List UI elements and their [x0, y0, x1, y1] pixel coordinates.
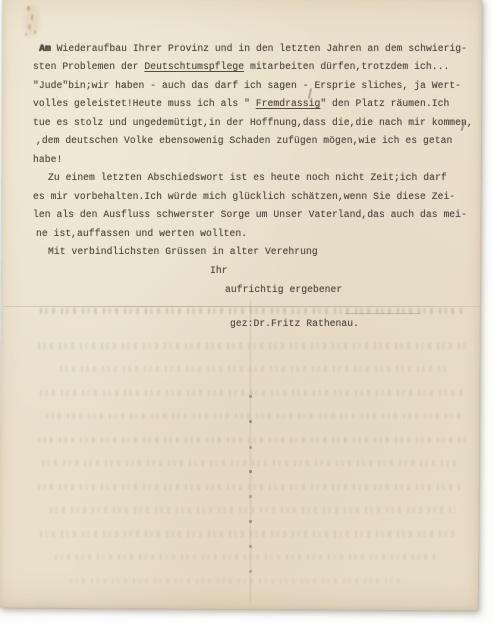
line-segment: sten Problemen der: [33, 61, 144, 72]
bleed-through-text-row: [40, 390, 465, 396]
line-segment: " den Platz räumen.Ich: [320, 98, 449, 109]
line-segment: Am: [39, 43, 51, 54]
bleed-through-text-row: [50, 507, 455, 513]
letter-line: sten Problemen der Deutschtumspflege mit…: [33, 61, 449, 72]
letter-line: Ihr: [210, 265, 228, 276]
letter-line: habe!: [33, 154, 62, 165]
fold-crease-dot: [249, 570, 252, 573]
line-segment: "Jude"bin;wir haben - auch das darf ich …: [33, 80, 461, 91]
horizontal-fold-crease: [3, 306, 480, 307]
fold-crease-dot: [249, 545, 252, 548]
bleed-through-underline: [345, 313, 420, 314]
line-segment: es mir vorbehalten.Ich würde mich glückl…: [33, 191, 455, 202]
foxing-stain: [27, 6, 30, 11]
line-segment: Wiederaufbau Ihrer Provinz und in den le…: [51, 43, 467, 54]
bleed-through-text-row: [70, 578, 400, 584]
letter-line: aufrichtig ergebener: [225, 284, 342, 295]
letter-line: volles geleistet!Heute muss ich als " Fr…: [33, 98, 449, 109]
bleed-through-text-row: [60, 366, 450, 372]
line-segment: mitarbeiten dürfen,trotzdem ich...: [244, 61, 449, 72]
bleed-through-text-row: [38, 343, 466, 349]
letter-line: ne ist,auffassen und werten wollten.: [36, 228, 247, 239]
line-segment: ne ist,auffassen und werten wollten.: [36, 228, 247, 239]
line-segment: Mit verbindlichsten Grüssen in alter Ver…: [48, 246, 318, 257]
letter-line: len als den Ausfluss schwerster Sorge um…: [33, 209, 467, 220]
letter-line: es mir vorbehalten.Ich würde mich glückl…: [33, 191, 455, 202]
bleed-through-text-row: [46, 413, 461, 419]
bleed-through-text-row: [40, 531, 460, 537]
letter-line: Zu einem letzten Abschiedswort ist es he…: [48, 172, 447, 183]
foxing-stain: [34, 30, 36, 34]
line-segment: aufrichtig ergebener: [225, 284, 342, 295]
line-segment: Ihr: [210, 265, 228, 276]
fold-crease-dot: [249, 446, 252, 449]
letter-line: Mit verbindlichsten Grüssen in alter Ver…: [48, 246, 318, 257]
letter-line: Am Wiederaufbau Ihrer Provinz und in den…: [39, 43, 467, 54]
line-segment: Zu einem letzten Abschiedswort ist es he…: [48, 172, 447, 183]
foxing-stain: [25, 33, 27, 36]
letter-content-layer: Am Wiederaufbau Ihrer Provinz und in den…: [0, 0, 493, 622]
line-segment: ,dem deutschen Volke ebensowenig Schaden…: [36, 135, 452, 146]
fold-crease-dot: [249, 520, 252, 523]
bleed-through-text-row: [38, 484, 463, 490]
foxing-stain: [28, 24, 31, 30]
fold-crease-dot: [249, 470, 252, 473]
foxing-stain: [31, 14, 33, 21]
fold-crease-dot: [249, 495, 252, 498]
fold-crease-dot: [249, 420, 252, 423]
underlined-word: Fremdrassig: [256, 98, 321, 109]
bleed-through-text-row: [42, 460, 462, 466]
line-segment: len als den Ausfluss schwerster Sorge um…: [33, 209, 467, 220]
line-segment: habe!: [33, 154, 62, 165]
line-segment: volles geleistet!Heute muss ich als ": [33, 98, 256, 109]
letter-line: ,dem deutschen Volke ebensowenig Schaden…: [36, 135, 452, 146]
letter-line: tue es stolz und ungedemütigt,in der Hof…: [33, 117, 473, 128]
line-segment: tue es stolz und ungedemütigt,in der Hof…: [33, 117, 473, 128]
bleed-through-text-row: [55, 554, 435, 560]
fold-crease-dot: [249, 395, 252, 398]
letter-line: "Jude"bin;wir haben - auch das darf ich …: [33, 80, 461, 91]
bleed-through-text-row: [38, 437, 466, 443]
underlined-word: Deutschtumspflege: [144, 61, 244, 72]
